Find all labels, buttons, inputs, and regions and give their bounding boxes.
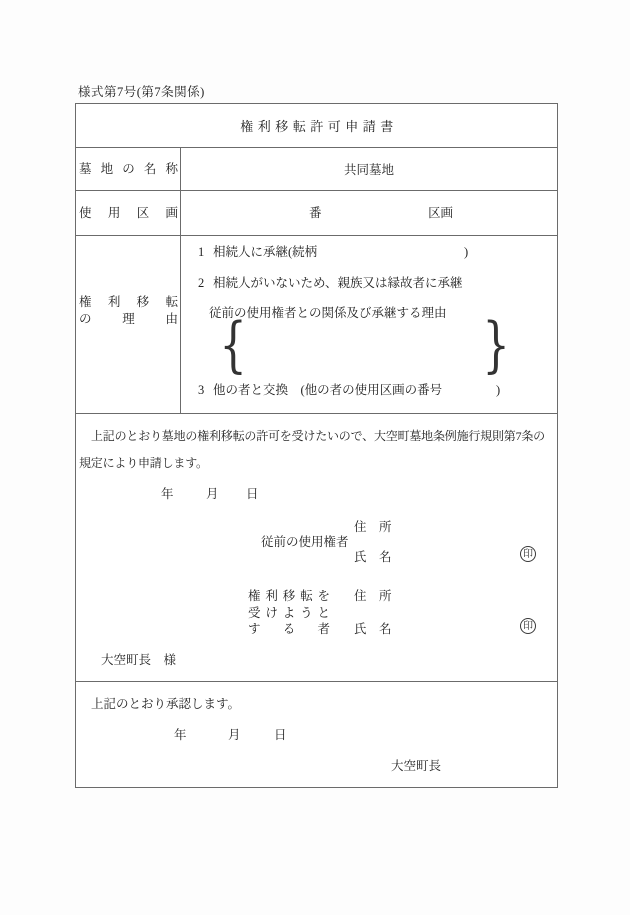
approval-signer: 大空町長 — [391, 758, 441, 774]
reason-item-1: 1相続人に承継(続柄 — [198, 244, 317, 260]
left-brace-glyph: { — [219, 318, 246, 372]
transferee-name-label: 氏 名 — [354, 621, 392, 637]
application-section: 上記のとおり墓地の権利移転の許可を受けたいので、大空町墓地条例施行規則第7条の規… — [76, 414, 557, 682]
reason-item-3-text: 他の者と交換 (他の者の使用区画の番号 — [213, 383, 442, 397]
application-date-month-label: 月 — [206, 486, 219, 502]
cemetery-name-row: 墓地の名称 共同墓地 — [76, 148, 557, 191]
reason-item-2-number: 2 — [198, 275, 213, 291]
cemetery-name-label-cell: 墓地の名称 — [76, 148, 181, 190]
reason-item-2-text: 相続人がいないため、親族又は縁故者に承継 — [213, 276, 463, 290]
application-date-year-label: 年 — [161, 486, 174, 502]
transfer-reason-row: 権利移転 の理由 1相続人に承継(続柄 ) 2相続人がいないため、親族又は縁故者… — [76, 236, 557, 414]
used-section-row: 使用区画 番 区画 — [76, 191, 557, 236]
transferee-address-label: 住 所 — [354, 588, 392, 604]
previous-holder-label: 従前の使用権者 — [261, 534, 349, 550]
cemetery-name-value: 共同墓地 — [181, 148, 557, 190]
unit-ban-label: 番 — [309, 205, 322, 221]
cemetery-name-value-cell: 共同墓地 — [181, 148, 557, 190]
reason-item-3-close-paren: ) — [496, 382, 500, 398]
cemetery-name-label: 墓地の名称 — [79, 161, 178, 178]
reason-item-3-number: 3 — [198, 382, 213, 398]
application-form-table: 権利移転許可申請書 墓地の名称 共同墓地 使用区画 番 区画 権利移転 の理由 — [75, 103, 558, 788]
unit-kukaku-label: 区画 — [428, 205, 453, 221]
approval-section: 上記のとおり承認します。 年 月 日 大空町長 — [76, 682, 557, 787]
right-brace-glyph: } — [482, 318, 509, 372]
transfer-reason-label-cell: 権利移転 の理由 — [76, 236, 181, 413]
reason-item-3: 3他の者と交換 (他の者の使用区画の番号 — [198, 382, 442, 398]
reason-item-1-text: 相続人に承継(続柄 — [213, 245, 317, 259]
transfer-reason-label: 権利移転 の理由 — [79, 294, 177, 328]
approval-date-year-label: 年 — [174, 727, 187, 743]
previous-holder-name-label: 氏 名 — [354, 549, 392, 565]
previous-holder-address-label: 住 所 — [354, 519, 392, 535]
transfer-reason-label-line1: 権利移転 — [79, 294, 178, 311]
approval-date-day-label: 日 — [274, 727, 287, 743]
document-page: { "colors": { "text": "#222222", "border… — [0, 0, 630, 915]
transfer-reason-label-line2: の理由 — [79, 311, 178, 328]
transferee-label: 権利移転を 受けようと する者 — [248, 588, 330, 638]
used-section-label: 使用区画 — [79, 205, 178, 222]
transfer-reason-body-cell: 1相続人に承継(続柄 ) 2相続人がいないため、親族又は縁故者に承継 従前の使用… — [181, 236, 557, 413]
reason-item-1-number: 1 — [198, 244, 213, 260]
reason-item-2: 2相続人がいないため、親族又は縁故者に承継 — [198, 275, 463, 291]
approval-statement: 上記のとおり承認します。 — [91, 696, 240, 712]
addressee: 大空町長 様 — [101, 652, 176, 668]
application-statement: 上記のとおり墓地の権利移転の許可を受けたいので、大空町墓地条例施行規則第7条の規… — [79, 423, 555, 477]
reason-item-1-close-paren: ) — [464, 244, 468, 260]
transferee-label-line2: 受けようと — [248, 605, 330, 622]
approval-date-month-label: 月 — [228, 727, 241, 743]
used-section-label-cell: 使用区画 — [76, 191, 181, 235]
transferee-seal-icon: 印 — [520, 618, 536, 634]
transferee-label-line1: 権利移転を — [248, 588, 330, 605]
document-title: 権利移転許可申請書 — [235, 116, 398, 135]
application-date-day-label: 日 — [246, 486, 259, 502]
used-section-value-cell: 番 区画 — [181, 191, 557, 235]
form-number: 様式第7号(第7条関係) — [78, 82, 205, 100]
previous-holder-seal-icon: 印 — [520, 546, 536, 562]
title-row: 権利移転許可申請書 — [76, 104, 557, 148]
transferee-label-line3: する者 — [248, 621, 330, 638]
